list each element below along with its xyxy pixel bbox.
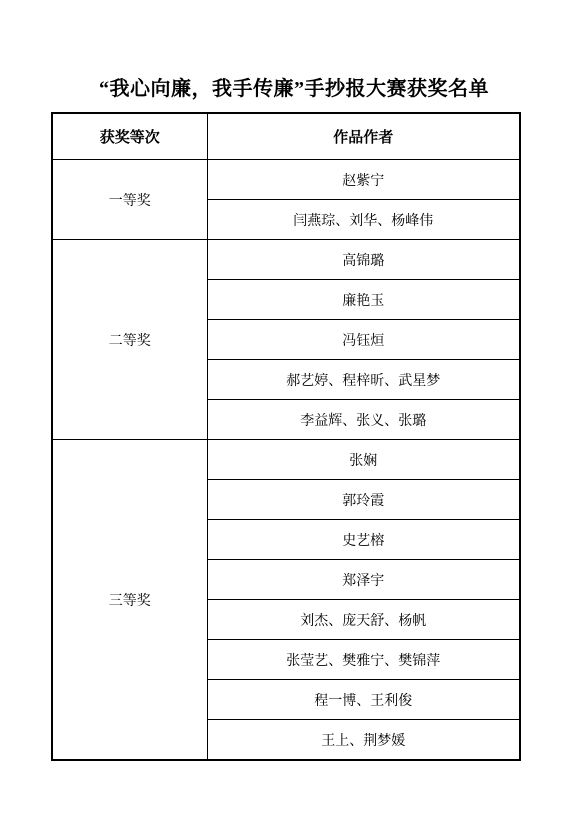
page-title: “我心向廉，我手传廉”手抄报大赛获奖名单	[0, 72, 588, 101]
table-row: 一等奖赵紫宁	[52, 160, 520, 200]
winner-names-cell: 闫燕琮、刘华、杨峰伟	[207, 200, 520, 240]
table-row: 三等奖张娴	[52, 440, 520, 480]
winner-names-cell: 程一博、王利俊	[207, 680, 520, 720]
document-page: “我心向廉，我手传廉”手抄报大赛获奖名单 获奖等次 作品作者 一等奖赵紫宁闫燕琮…	[0, 0, 588, 834]
award-level-cell: 二等奖	[52, 240, 207, 440]
award-level-cell: 三等奖	[52, 440, 207, 761]
awards-table: 获奖等次 作品作者 一等奖赵紫宁闫燕琮、刘华、杨峰伟二等奖高锦璐廉艳玉冯钰烜郝艺…	[51, 112, 521, 761]
column-header-award-level: 获奖等次	[52, 113, 207, 160]
winner-names-cell: 赵紫宁	[207, 160, 520, 200]
winner-names-cell: 冯钰烜	[207, 320, 520, 360]
table-row: 二等奖高锦璐	[52, 240, 520, 280]
winner-names-cell: 李益辉、张义、张璐	[207, 400, 520, 440]
column-header-authors: 作品作者	[207, 113, 520, 160]
winner-names-cell: 张娴	[207, 440, 520, 480]
table-header-row: 获奖等次 作品作者	[52, 113, 520, 160]
awards-table-body: 一等奖赵紫宁闫燕琮、刘华、杨峰伟二等奖高锦璐廉艳玉冯钰烜郝艺婷、程梓昕、武星梦李…	[52, 160, 520, 761]
winner-names-cell: 郭玲霞	[207, 480, 520, 520]
winner-names-cell: 史艺榕	[207, 520, 520, 560]
winner-names-cell: 郑泽宇	[207, 560, 520, 600]
winner-names-cell: 张莹艺、樊雅宁、樊锦萍	[207, 640, 520, 680]
winner-names-cell: 廉艳玉	[207, 280, 520, 320]
winner-names-cell: 高锦璐	[207, 240, 520, 280]
winner-names-cell: 王上、荆梦媛	[207, 720, 520, 761]
winner-names-cell: 郝艺婷、程梓昕、武星梦	[207, 360, 520, 400]
winner-names-cell: 刘杰、庞天舒、杨帆	[207, 600, 520, 640]
award-level-cell: 一等奖	[52, 160, 207, 240]
